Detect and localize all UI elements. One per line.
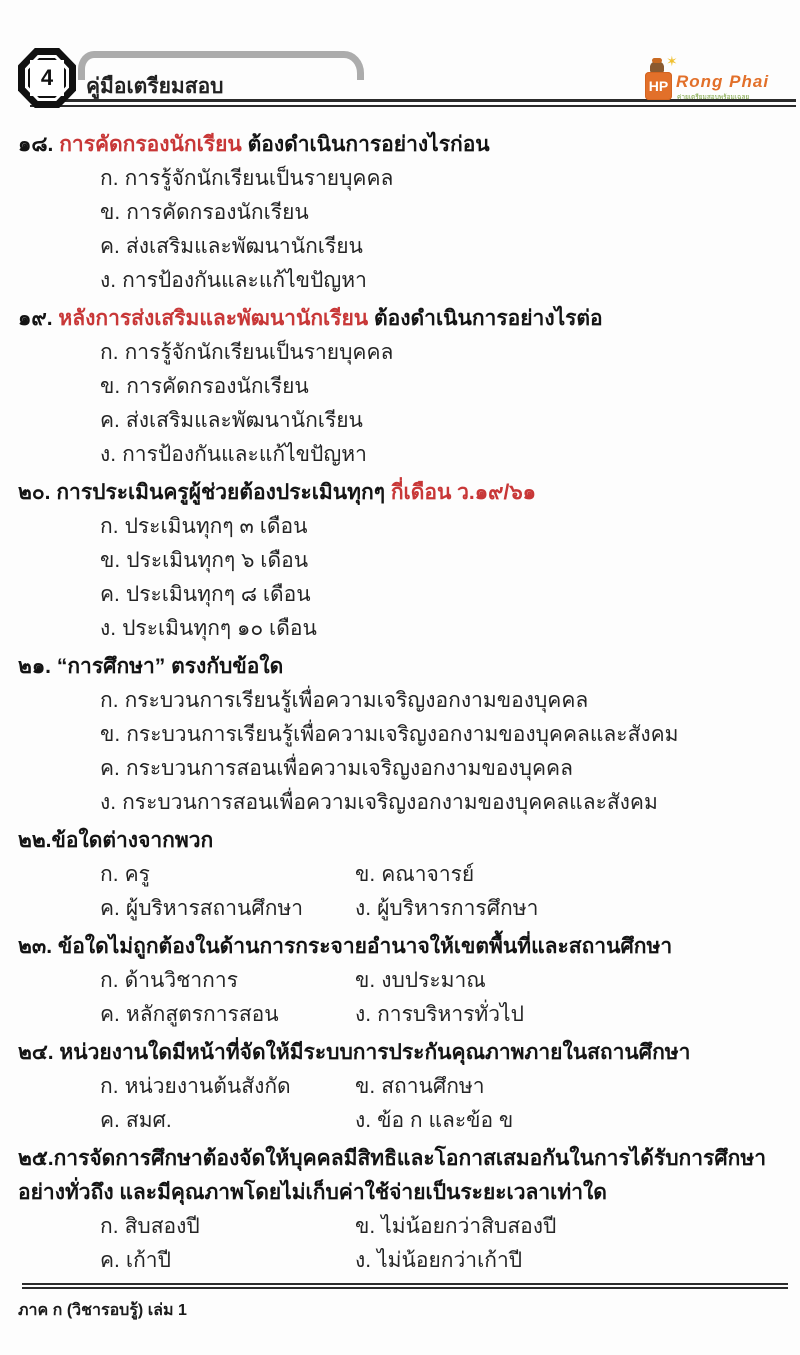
option-text: สมศ. bbox=[126, 1109, 172, 1132]
option-c: ค.ส่งเสริมและพัฒนานักเรียน bbox=[18, 404, 786, 438]
option-a: ก.การรู้จักนักเรียนเป็นรายบุคคล bbox=[18, 162, 786, 196]
option-b: ข.คณาจารย์ bbox=[355, 858, 786, 892]
question-24: ๒๔. หน่วยงานใดมีหน้าที่จัดให้มีระบบการปร… bbox=[18, 1036, 786, 1138]
option-label: ค. bbox=[100, 1109, 120, 1132]
option-text: หน่วยงานต้นสังกัด bbox=[125, 1075, 291, 1098]
question-highlight: กี่เดือน ว.๑๙/๖๑ bbox=[391, 481, 536, 504]
option-c: ค.หลักสูตรการสอน bbox=[100, 998, 355, 1032]
logo-tagline: ค่ายเตรียมสอบพร้อมเฉลย bbox=[677, 92, 749, 102]
option-b: ข.การคัดกรองนักเรียน bbox=[18, 370, 786, 404]
option-text: ประเมินทุกๆ ๘ เดือน bbox=[126, 583, 311, 606]
option-label: ค. bbox=[100, 897, 120, 920]
option-label: ก. bbox=[100, 167, 119, 190]
option-b: ข.กระบวนการเรียนรู้เพื่อความเจริญงอกงามข… bbox=[18, 718, 786, 752]
option-a: ก.หน่วยงานต้นสังกัด bbox=[100, 1070, 355, 1104]
question-text: ๒๑. “การศึกษา” ตรงกับข้อใด bbox=[18, 655, 283, 678]
option-d: ง.ผู้บริหารการศึกษา bbox=[355, 892, 786, 926]
option-label: ข. bbox=[100, 549, 120, 572]
option-b: ข.การคัดกรองนักเรียน bbox=[18, 196, 786, 230]
option-label: ง. bbox=[355, 1249, 371, 1272]
option-text: หลักสูตรการสอน bbox=[126, 1003, 279, 1026]
options: ก.การรู้จักนักเรียนเป็นรายบุคคล ข.การคัด… bbox=[18, 336, 786, 472]
question-text: ๑๙. bbox=[18, 307, 58, 330]
footer-rule bbox=[22, 1283, 788, 1289]
question-list: ๑๘. การคัดกรองนักเรียน ต้องดำเนินการอย่า… bbox=[18, 128, 786, 1278]
option-b: ข.ไม่น้อยกว่าสิบสองปี bbox=[355, 1210, 786, 1244]
option-label: ง. bbox=[100, 443, 116, 466]
option-text: กระบวนการเรียนรู้เพื่อความเจริญงอกงามของ… bbox=[125, 689, 589, 712]
option-text: ประเมินทุกๆ ๓ เดือน bbox=[125, 515, 308, 538]
option-label: ค. bbox=[100, 235, 120, 258]
option-a: ก.ประเมินทุกๆ ๓ เดือน bbox=[18, 510, 786, 544]
question-18: ๑๘. การคัดกรองนักเรียน ต้องดำเนินการอย่า… bbox=[18, 128, 786, 298]
question-25: ๒๕.การจัดการศึกษาต้องจัดให้บุคคลมีสิทธิแ… bbox=[18, 1142, 786, 1278]
option-label: ง. bbox=[355, 1109, 371, 1132]
question-heading: ๒๔. หน่วยงานใดมีหน้าที่จัดให้มีระบบการปร… bbox=[18, 1036, 786, 1070]
question-19: ๑๙. หลังการส่งเสริมและพัฒนานักเรียน ต้อง… bbox=[18, 302, 786, 472]
option-d: ง.การป้องกันและแก้ไขปัญหา bbox=[18, 264, 786, 298]
option-text: การบริหารทั่วไป bbox=[377, 1003, 524, 1026]
option-text: ด้านวิชาการ bbox=[125, 969, 238, 992]
question-heading: ๒๓. ข้อใดไม่ถูกต้องในด้านการกระจายอำนาจใ… bbox=[18, 930, 786, 964]
option-b: ข.งบประมาณ bbox=[355, 964, 786, 998]
option-text: การรู้จักนักเรียนเป็นรายบุคคล bbox=[125, 341, 394, 364]
option-d: ง.กระบวนการสอนเพื่อความเจริญงอกงามของบุค… bbox=[18, 786, 786, 820]
question-heading: ๑๘. การคัดกรองนักเรียน ต้องดำเนินการอย่า… bbox=[18, 128, 786, 162]
option-text: กระบวนการเรียนรู้เพื่อความเจริญงอกงามของ… bbox=[126, 723, 678, 746]
option-text: การป้องกันและแก้ไขปัญหา bbox=[122, 269, 367, 292]
options: ก.ครู ข.คณาจารย์ ค.ผู้บริหารสถานศึกษา ง.… bbox=[18, 858, 786, 926]
option-text: กระบวนการสอนเพื่อความเจริญงอกงามของบุคคล bbox=[126, 757, 573, 780]
option-d: ง.ข้อ ก และข้อ ข bbox=[355, 1104, 786, 1138]
option-label: ก. bbox=[100, 863, 119, 886]
page-header: 4 คู่มือเตรียมสอบ ✶ HP Rong Phai ค่ายเตร… bbox=[0, 0, 800, 118]
option-label: ข. bbox=[100, 375, 120, 398]
question-20: ๒๐. การประเมินครูผู้ช่วยต้องประเมินทุกๆ … bbox=[18, 476, 786, 646]
option-label: ค. bbox=[100, 409, 120, 432]
option-text: สิบสองปี bbox=[125, 1215, 200, 1238]
option-d: ง.ไม่น้อยกว่าเก้าปี bbox=[355, 1244, 786, 1278]
option-text: กระบวนการสอนเพื่อความเจริญงอกงามของบุคคล… bbox=[122, 791, 658, 814]
option-c: ค.ส่งเสริมและพัฒนานักเรียน bbox=[18, 230, 786, 264]
page-number: 4 bbox=[30, 60, 64, 96]
option-a: ก.ด้านวิชาการ bbox=[100, 964, 355, 998]
question-text: ๒๔. หน่วยงานใดมีหน้าที่จัดให้มีระบบการปร… bbox=[18, 1041, 690, 1064]
options: ก.สิบสองปี ข.ไม่น้อยกว่าสิบสองปี ค.เก้าป… bbox=[18, 1210, 786, 1278]
option-c: ค.เก้าปี bbox=[100, 1244, 355, 1278]
option-label: ง. bbox=[100, 617, 116, 640]
option-text: ข้อ ก และข้อ ข bbox=[377, 1109, 513, 1132]
question-text: ๑๘. bbox=[18, 133, 59, 156]
option-c: ค.ผู้บริหารสถานศึกษา bbox=[100, 892, 355, 926]
question-22: ๒๒.ข้อใดต่างจากพวก ก.ครู ข.คณาจารย์ ค.ผู… bbox=[18, 824, 786, 926]
option-text: คณาจารย์ bbox=[381, 863, 474, 886]
question-text: ต้องดำเนินการอย่างไรก่อน bbox=[242, 133, 490, 156]
option-text: ผู้บริหารสถานศึกษา bbox=[126, 897, 303, 920]
publisher-logo: ✶ HP Rong Phai ค่ายเตรียมสอบพร้อมเฉลย bbox=[642, 50, 792, 106]
option-label: ข. bbox=[355, 1215, 375, 1238]
option-text: การป้องกันและแก้ไขปัญหา bbox=[122, 443, 367, 466]
question-text: ๒๕.การจัดการศึกษาต้องจัดให้บุคคลมีสิทธิแ… bbox=[18, 1147, 766, 1204]
question-text: ๒๐. การประเมินครูผู้ช่วยต้องประเมินทุกๆ bbox=[18, 481, 391, 504]
question-heading: ๒๒.ข้อใดต่างจากพวก bbox=[18, 824, 786, 858]
option-text: ไม่น้อยกว่าเก้าปี bbox=[377, 1249, 522, 1272]
option-a: ก.กระบวนการเรียนรู้เพื่อความเจริญงอกงามข… bbox=[18, 684, 786, 718]
option-a: ก.ครู bbox=[100, 858, 355, 892]
option-label: ง. bbox=[355, 897, 371, 920]
option-label: ข. bbox=[355, 863, 375, 886]
options: ก.ประเมินทุกๆ ๓ เดือน ข.ประเมินทุกๆ ๖ เด… bbox=[18, 510, 786, 646]
option-label: ก. bbox=[100, 341, 119, 364]
option-text: เก้าปี bbox=[126, 1249, 171, 1272]
option-text: ส่งเสริมและพัฒนานักเรียน bbox=[126, 235, 363, 258]
option-label: ง. bbox=[100, 269, 116, 292]
option-label: ค. bbox=[100, 1249, 120, 1272]
option-text: งบประมาณ bbox=[381, 969, 486, 992]
option-b: ข.สถานศึกษา bbox=[355, 1070, 786, 1104]
question-heading: ๒๐. การประเมินครูผู้ช่วยต้องประเมินทุกๆ … bbox=[18, 476, 786, 510]
option-text: ประเมินทุกๆ ๑๐ เดือน bbox=[122, 617, 317, 640]
option-a: ก.สิบสองปี bbox=[100, 1210, 355, 1244]
question-heading: ๒๕.การจัดการศึกษาต้องจัดให้บุคคลมีสิทธิแ… bbox=[18, 1142, 786, 1210]
options: ก.หน่วยงานต้นสังกัด ข.สถานศึกษา ค.สมศ. ง… bbox=[18, 1070, 786, 1138]
option-c: ค.ประเมินทุกๆ ๘ เดือน bbox=[18, 578, 786, 612]
options: ก.ด้านวิชาการ ข.งบประมาณ ค.หลักสูตรการสอ… bbox=[18, 964, 786, 1032]
option-text: การคัดกรองนักเรียน bbox=[126, 375, 309, 398]
page-number-badge: 4 bbox=[18, 48, 76, 108]
option-b: ข.ประเมินทุกๆ ๖ เดือน bbox=[18, 544, 786, 578]
options: ก.การรู้จักนักเรียนเป็นรายบุคคล ข.การคัด… bbox=[18, 162, 786, 298]
option-label: ค. bbox=[100, 757, 120, 780]
star-icon: ✶ bbox=[666, 54, 678, 68]
option-label: ก. bbox=[100, 1215, 119, 1238]
question-heading: ๑๙. หลังการส่งเสริมและพัฒนานักเรียน ต้อง… bbox=[18, 302, 786, 336]
option-d: ง.การบริหารทั่วไป bbox=[355, 998, 786, 1032]
option-c: ค.สมศ. bbox=[100, 1104, 355, 1138]
question-text: ต้องดำเนินการอย่างไรต่อ bbox=[368, 307, 603, 330]
option-label: ก. bbox=[100, 1075, 119, 1098]
option-text: ครู bbox=[125, 863, 150, 886]
question-text: ๒๒.ข้อใดต่างจากพวก bbox=[18, 829, 213, 852]
option-text: การรู้จักนักเรียนเป็นรายบุคคล bbox=[125, 167, 394, 190]
option-label: ค. bbox=[100, 583, 120, 606]
question-23: ๒๓. ข้อใดไม่ถูกต้องในด้านการกระจายอำนาจใ… bbox=[18, 930, 786, 1032]
question-highlight: หลังการส่งเสริมและพัฒนานักเรียน bbox=[58, 307, 368, 330]
option-text: สถานศึกษา bbox=[381, 1075, 484, 1098]
option-label: ข. bbox=[100, 201, 120, 224]
question-heading: ๒๑. “การศึกษา” ตรงกับข้อใด bbox=[18, 650, 786, 684]
option-text: ส่งเสริมและพัฒนานักเรียน bbox=[126, 409, 363, 432]
footer-text: ภาค ก (วิชารอบรู้) เล่ม 1 bbox=[18, 1298, 187, 1323]
option-label: ง. bbox=[355, 1003, 371, 1026]
question-text: ๒๓. ข้อใดไม่ถูกต้องในด้านการกระจายอำนาจใ… bbox=[18, 935, 672, 958]
question-highlight: การคัดกรองนักเรียน bbox=[59, 133, 242, 156]
option-label: ง. bbox=[100, 791, 116, 814]
option-text: การคัดกรองนักเรียน bbox=[126, 201, 309, 224]
option-label: ค. bbox=[100, 1003, 120, 1026]
option-text: ประเมินทุกๆ ๖ เดือน bbox=[126, 549, 308, 572]
option-label: ข. bbox=[355, 1075, 375, 1098]
logo-monogram: HP bbox=[645, 72, 672, 100]
option-text: ผู้บริหารการศึกษา bbox=[377, 897, 538, 920]
option-d: ง.ประเมินทุกๆ ๑๐ เดือน bbox=[18, 612, 786, 646]
options: ก.กระบวนการเรียนรู้เพื่อความเจริญงอกงามข… bbox=[18, 684, 786, 820]
option-label: ก. bbox=[100, 515, 119, 538]
option-label: ข. bbox=[355, 969, 375, 992]
logo-name: Rong Phai bbox=[676, 72, 769, 92]
option-c: ค.กระบวนการสอนเพื่อความเจริญงอกงามของบุค… bbox=[18, 752, 786, 786]
option-label: ข. bbox=[100, 723, 120, 746]
page-title: คู่มือเตรียมสอบ bbox=[86, 70, 224, 103]
option-label: ก. bbox=[100, 689, 119, 712]
option-d: ง.การป้องกันและแก้ไขปัญหา bbox=[18, 438, 786, 472]
question-21: ๒๑. “การศึกษา” ตรงกับข้อใด ก.กระบวนการเร… bbox=[18, 650, 786, 820]
option-label: ก. bbox=[100, 969, 119, 992]
option-text: ไม่น้อยกว่าสิบสองปี bbox=[381, 1215, 556, 1238]
option-a: ก.การรู้จักนักเรียนเป็นรายบุคคล bbox=[18, 336, 786, 370]
